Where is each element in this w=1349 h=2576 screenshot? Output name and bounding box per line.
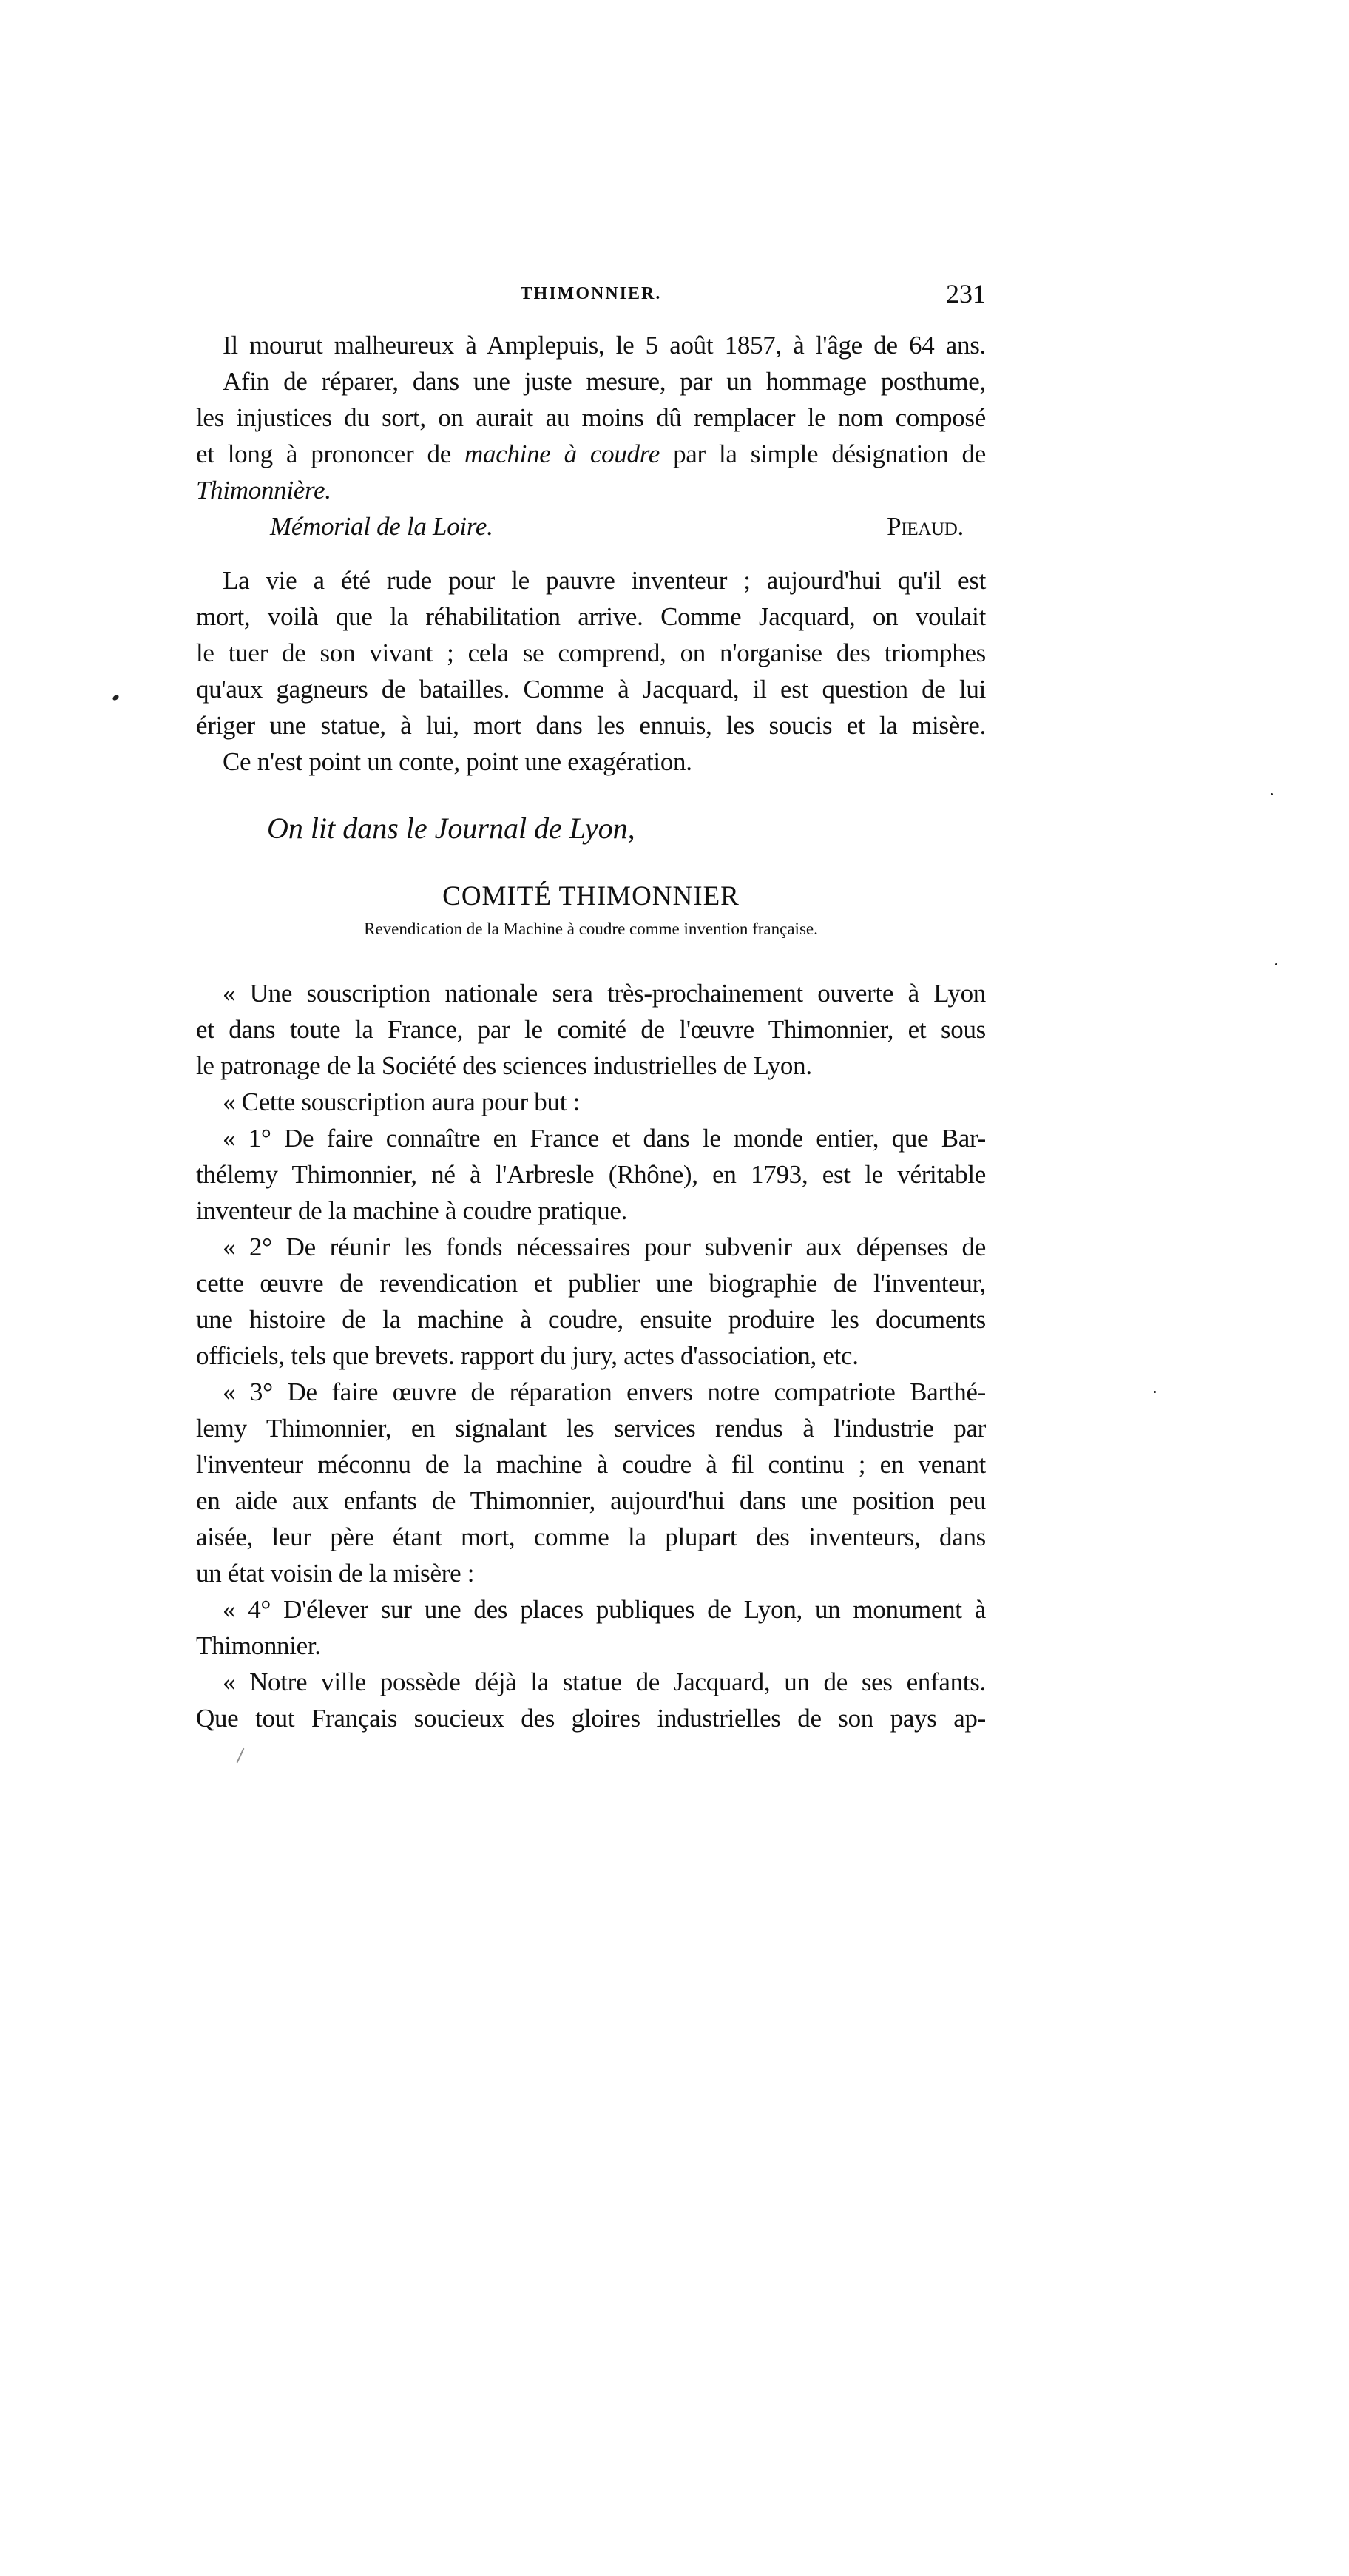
scan-speck <box>236 1748 244 1764</box>
subscription-text: « Une souscription nationale sera très-p… <box>196 975 986 1736</box>
text-line: Ce n'est point un conte, point une exagé… <box>196 744 986 780</box>
text-line: le patronage de la Société des sciences … <box>196 1048 986 1084</box>
text-line: aisée, leur père étant mort, comme la pl… <box>196 1519 986 1555</box>
scan-speck <box>1275 963 1277 965</box>
text-line: en aide aux enfants de Thimonnier, aujou… <box>196 1483 986 1519</box>
scan-speck <box>1154 1391 1156 1393</box>
text-line: Il mourut malheureux à Amplepuis, le 5 a… <box>196 327 986 363</box>
paragraph-rehabilitation: La vie a été rude pour le pauvre invente… <box>196 562 986 780</box>
paragraph-death-and-homage: Il mourut malheureux à Amplepuis, le 5 a… <box>196 327 986 544</box>
text-line: une histoire de la machine à coudre, ens… <box>196 1301 986 1338</box>
text-line: « Une souscription nationale sera très-p… <box>196 975 986 1011</box>
text-line: l'inventeur méconnu de la machine à coud… <box>196 1446 986 1483</box>
text-run: par la simple désignation de <box>660 439 986 468</box>
text-line: « Cette souscription aura pour but : <box>196 1084 986 1120</box>
committee-title: COMITÉ THIMONNIER <box>196 877 986 916</box>
list-item-4: « 4° D'élever sur une des places publiqu… <box>196 1591 986 1628</box>
text-line: un état voisin de la misère : <box>196 1555 986 1591</box>
text-line: cette œuvre de revendication et publier … <box>196 1265 986 1301</box>
list-item-3: « 3° De faire œuvre de réparation envers… <box>196 1374 986 1410</box>
text-line: les injustices du sort, on aurait au moi… <box>196 399 986 436</box>
intro-heading: On lit dans le Journal de Lyon, <box>196 808 986 849</box>
list-item-1: « 1° De faire connaître en France et dan… <box>196 1120 986 1156</box>
text-line: lemy Thimonnier, en signalant les servic… <box>196 1410 986 1446</box>
text-line: inventeur de la machine à coudre pratiqu… <box>196 1193 986 1229</box>
text-line: La vie a été rude pour le pauvre invente… <box>196 562 986 599</box>
journal-intro: On lit dans le Journal de Lyon, <box>196 808 986 849</box>
text-line: et long à prononcer de machine à coudre … <box>196 436 986 472</box>
page-number: 231 <box>946 278 986 309</box>
scan-speck <box>112 694 120 701</box>
text-line: « Notre ville possède déjà la statue de … <box>196 1664 986 1700</box>
running-title: THIMONNIER. <box>196 284 986 304</box>
running-head: THIMONNIER. 231 <box>196 278 986 308</box>
text-line: le tuer de son vivant ; cela se comprend… <box>196 635 986 671</box>
committee-subtitle: Revendication de la Machine à coudre com… <box>196 916 986 943</box>
text-line: ériger une statue, à lui, mort dans les … <box>196 707 986 744</box>
scan-speck <box>1271 793 1273 795</box>
text-line: mort, voilà que la réhabilitation arrive… <box>196 599 986 635</box>
text-line: qu'aux gagneurs de batailles. Comme à Ja… <box>196 671 986 707</box>
author-signature: Pieaud. <box>887 508 964 544</box>
text-line: Afin de réparer, dans une juste mesure, … <box>196 363 986 399</box>
text-line: officiels, tels que brevets. rapport du … <box>196 1338 986 1374</box>
list-item-2: « 2° De réunir les fonds nécessaires pou… <box>196 1229 986 1265</box>
signature-line: Mémorial de la Loire. Pieaud. <box>196 508 986 544</box>
text-run: et long à prononcer de <box>196 439 464 468</box>
text-line: et dans toute la France, par le comité d… <box>196 1011 986 1048</box>
text-line: thélemy Thimonnier, né à l'Arbresle (Rhô… <box>196 1156 986 1193</box>
italic-term: machine à coudre <box>464 439 660 468</box>
text-line: Thimonnière. <box>196 472 986 508</box>
book-page: THIMONNIER. 231 Il mourut malheureux à A… <box>0 0 1349 2576</box>
source-citation: Mémorial de la Loire. <box>270 508 493 544</box>
text-line: Thimonnier. <box>196 1628 986 1664</box>
committee-heading-block: COMITÉ THIMONNIER Revendication de la Ma… <box>196 877 986 943</box>
text-line: Que tout Français soucieux des gloires i… <box>196 1700 986 1736</box>
